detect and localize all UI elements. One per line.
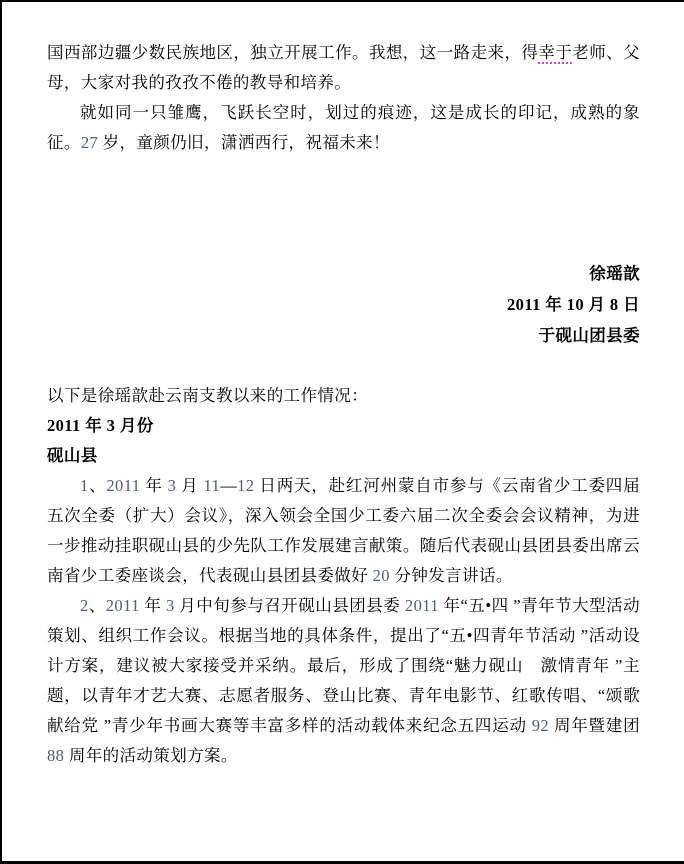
signature-block: 徐瑶歆 2011 年 10 月 8 日 于砚山团县委 [47, 258, 640, 351]
spellcheck-flagged-text: 幸于 [538, 43, 572, 62]
report-intro-line: 以下是徐瑶歆赴云南支教以来的工作情况： [47, 381, 640, 411]
signature-date: 2011 年 10 月 8 日 [47, 289, 640, 320]
heading-month: 2011 年 3 月份 [47, 411, 640, 441]
report-item-2: 2、2011 年 3 月中旬参与召开砚山县团县委 2011 年“五•四 ”青年节… [47, 591, 640, 771]
heading-county: 砚山县 [47, 441, 640, 471]
document-content: 国西部边疆少数民族地区，独立开展工作。我想，这一路走来，得幸于老师、父母，大家对… [2, 2, 684, 771]
paragraph-continuation-pre: 国西部边疆少数民族地区，独立开展工作。我想，这一路走来，得 [47, 43, 538, 62]
paragraph-continuation: 国西部边疆少数民族地区，独立开展工作。我想，这一路走来，得幸于老师、父母，大家对… [47, 38, 640, 98]
signature-name: 徐瑶歆 [47, 258, 640, 289]
report-item-1: 1、2011 年 3 月 11—12 日两天，赴红河州蒙自市参与《云南省少工委四… [47, 471, 640, 591]
document-page: 国西部边疆少数民族地区，独立开展工作。我想，这一路走来，得幸于老师、父母，大家对… [0, 0, 684, 864]
paragraph-eagle: 就如同一只雏鹰，飞跃长空时，划过的痕迹，这是成长的印记，成熟的象征。27 岁，童… [47, 98, 640, 158]
signature-place: 于砚山团县委 [47, 320, 640, 351]
